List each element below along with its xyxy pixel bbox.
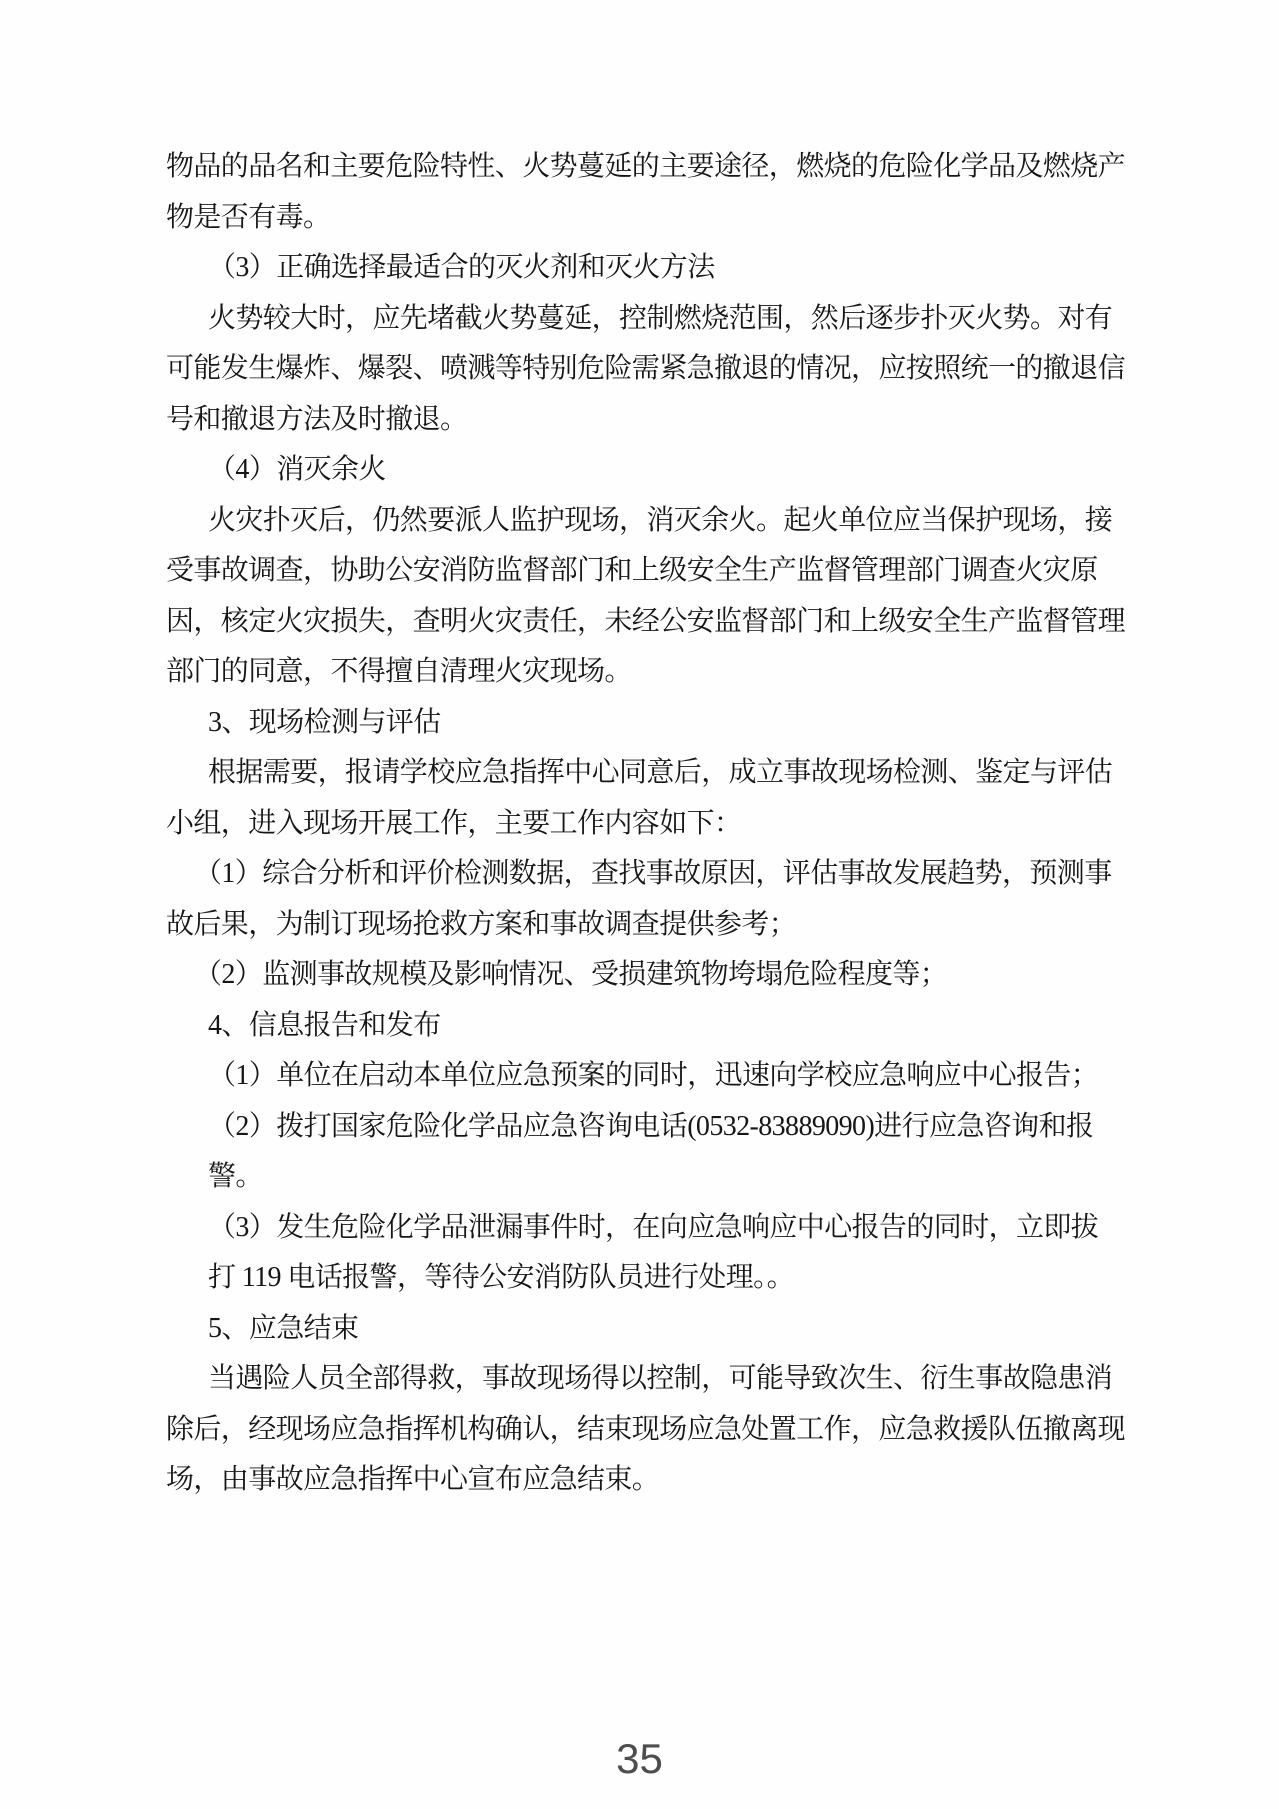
text-line: （4）消灭余火 (166, 445, 1113, 496)
text-line: （2）监测事故规模及影响情况、受损建筑物垮塌危险程度等； (166, 950, 1113, 1001)
text-line: 小组，进入现场开展工作，主要工作内容如下： (166, 799, 1113, 850)
text-line: （2）拨打国家危险化学品应急咨询电话(0532-83889090)进行应急咨询和… (166, 1102, 1113, 1153)
text-line: 5、应急结束 (166, 1304, 1113, 1355)
text-line: 火势较大时，应先堵截火势蔓延，控制燃烧范围，然后逐步扑灭火势。对有 (166, 294, 1113, 345)
text-line: （3）发生危险化学品泄漏事件时，在向应急响应中心报告的同时，立即拔 (166, 1203, 1113, 1254)
text-line: 物品的品名和主要危险特性、火势蔓延的主要途径，燃烧的危险化学品及燃烧产 (166, 142, 1113, 193)
text-line: 受事故调查，协助公安消防监督部门和上级安全生产监督管理部门调查火灾原 (166, 546, 1113, 597)
text-line: 部门的同意，不得擅自清理火灾现场。 (166, 647, 1113, 698)
text-line: 打 119 电话报警，等待公安消防队员进行处理。。 (166, 1253, 1113, 1304)
text-line: 火灾扑灭后，仍然要派人监护现场，消灭余火。起火单位应当保护现场，接 (166, 496, 1113, 547)
text-line: 当遇险人员全部得救，事故现场得以控制，可能导致次生、衍生事故隐患消 (166, 1354, 1113, 1405)
text-line: （1）单位在启动本单位应急预案的同时，迅速向学校应急响应中心报告； (166, 1051, 1113, 1102)
document-text-block: 物品的品名和主要危险特性、火势蔓延的主要途径，燃烧的危险化学品及燃烧产物是否有毒… (166, 142, 1113, 1506)
text-line: 号和撤退方法及时撤退。 (166, 395, 1113, 446)
text-line: 因，核定火灾损失，查明火灾责任，未经公安监督部门和上级安全生产监督管理 (166, 597, 1113, 648)
text-line: 3、现场检测与评估 (166, 698, 1113, 749)
text-line: 根据需要，报请学校应急指挥中心同意后，成立事故现场检测、鉴定与评估 (166, 748, 1113, 799)
document-page: 物品的品名和主要危险特性、火势蔓延的主要途径，燃烧的危险化学品及燃烧产物是否有毒… (0, 0, 1279, 1809)
text-line: 物是否有毒。 (166, 193, 1113, 244)
text-line: （3）正确选择最适合的灭火剂和灭火方法 (166, 243, 1113, 294)
text-line: 4、信息报告和发布 (166, 1001, 1113, 1052)
text-line: 除后，经现场应急指挥机构确认，结束现场应急处置工作，应急救援队伍撤离现 (166, 1405, 1113, 1456)
text-line: 可能发生爆炸、爆裂、喷溅等特别危险需紧急撤退的情况，应按照统一的撤退信 (166, 344, 1113, 395)
text-line: 警。 (166, 1152, 1113, 1203)
text-line: 故后果，为制订现场抢救方案和事故调查提供参考； (166, 900, 1113, 951)
text-line: （1）综合分析和评价检测数据，查找事故原因，评估事故发展趋势，预测事 (166, 849, 1113, 900)
text-line: 场，由事故应急指挥中心宣布应急结束。 (166, 1455, 1113, 1506)
page-number: 35 (0, 1735, 1279, 1783)
